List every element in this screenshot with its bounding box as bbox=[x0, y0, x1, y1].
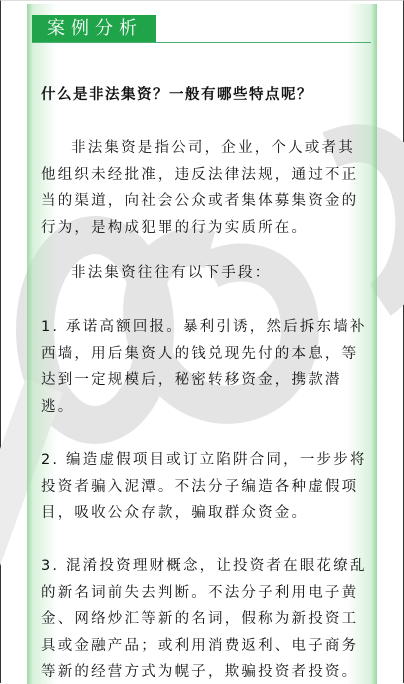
means-item-2: 2. 编造虚假项目或订立陷阱合同，一步步将投资者骗入泥潭。不法分子编造各种虚假项… bbox=[41, 447, 371, 527]
means-item-1: 1. 承诺高额回报。暴利引诱，然后拆东墙补西墙，用后集资人的钱兑现先付的本息，等… bbox=[41, 314, 371, 420]
question-heading: 什么是非法集资？一般有哪些特点呢？ bbox=[41, 82, 371, 109]
title-underline bbox=[32, 42, 371, 43]
definition-paragraph: 非法集资是指公司，企业，个人或者其他组织未经批准，违反法律法规，通过不正当的渠道… bbox=[41, 135, 371, 241]
means-item-3: 3. 混淆投资理财概念，让投资者在眼花缭乱的新名词前失去判断。不法分子利用电子黄… bbox=[41, 553, 371, 684]
section-title: 案例分析 bbox=[32, 15, 156, 42]
case-analysis-card: 案例分析 什么是非法集资？一般有哪些特点呢？ 非法集资是指公司，企业，个人或者其… bbox=[27, 4, 377, 684]
means-intro: 非法集资往往有以下手段： bbox=[41, 260, 371, 287]
